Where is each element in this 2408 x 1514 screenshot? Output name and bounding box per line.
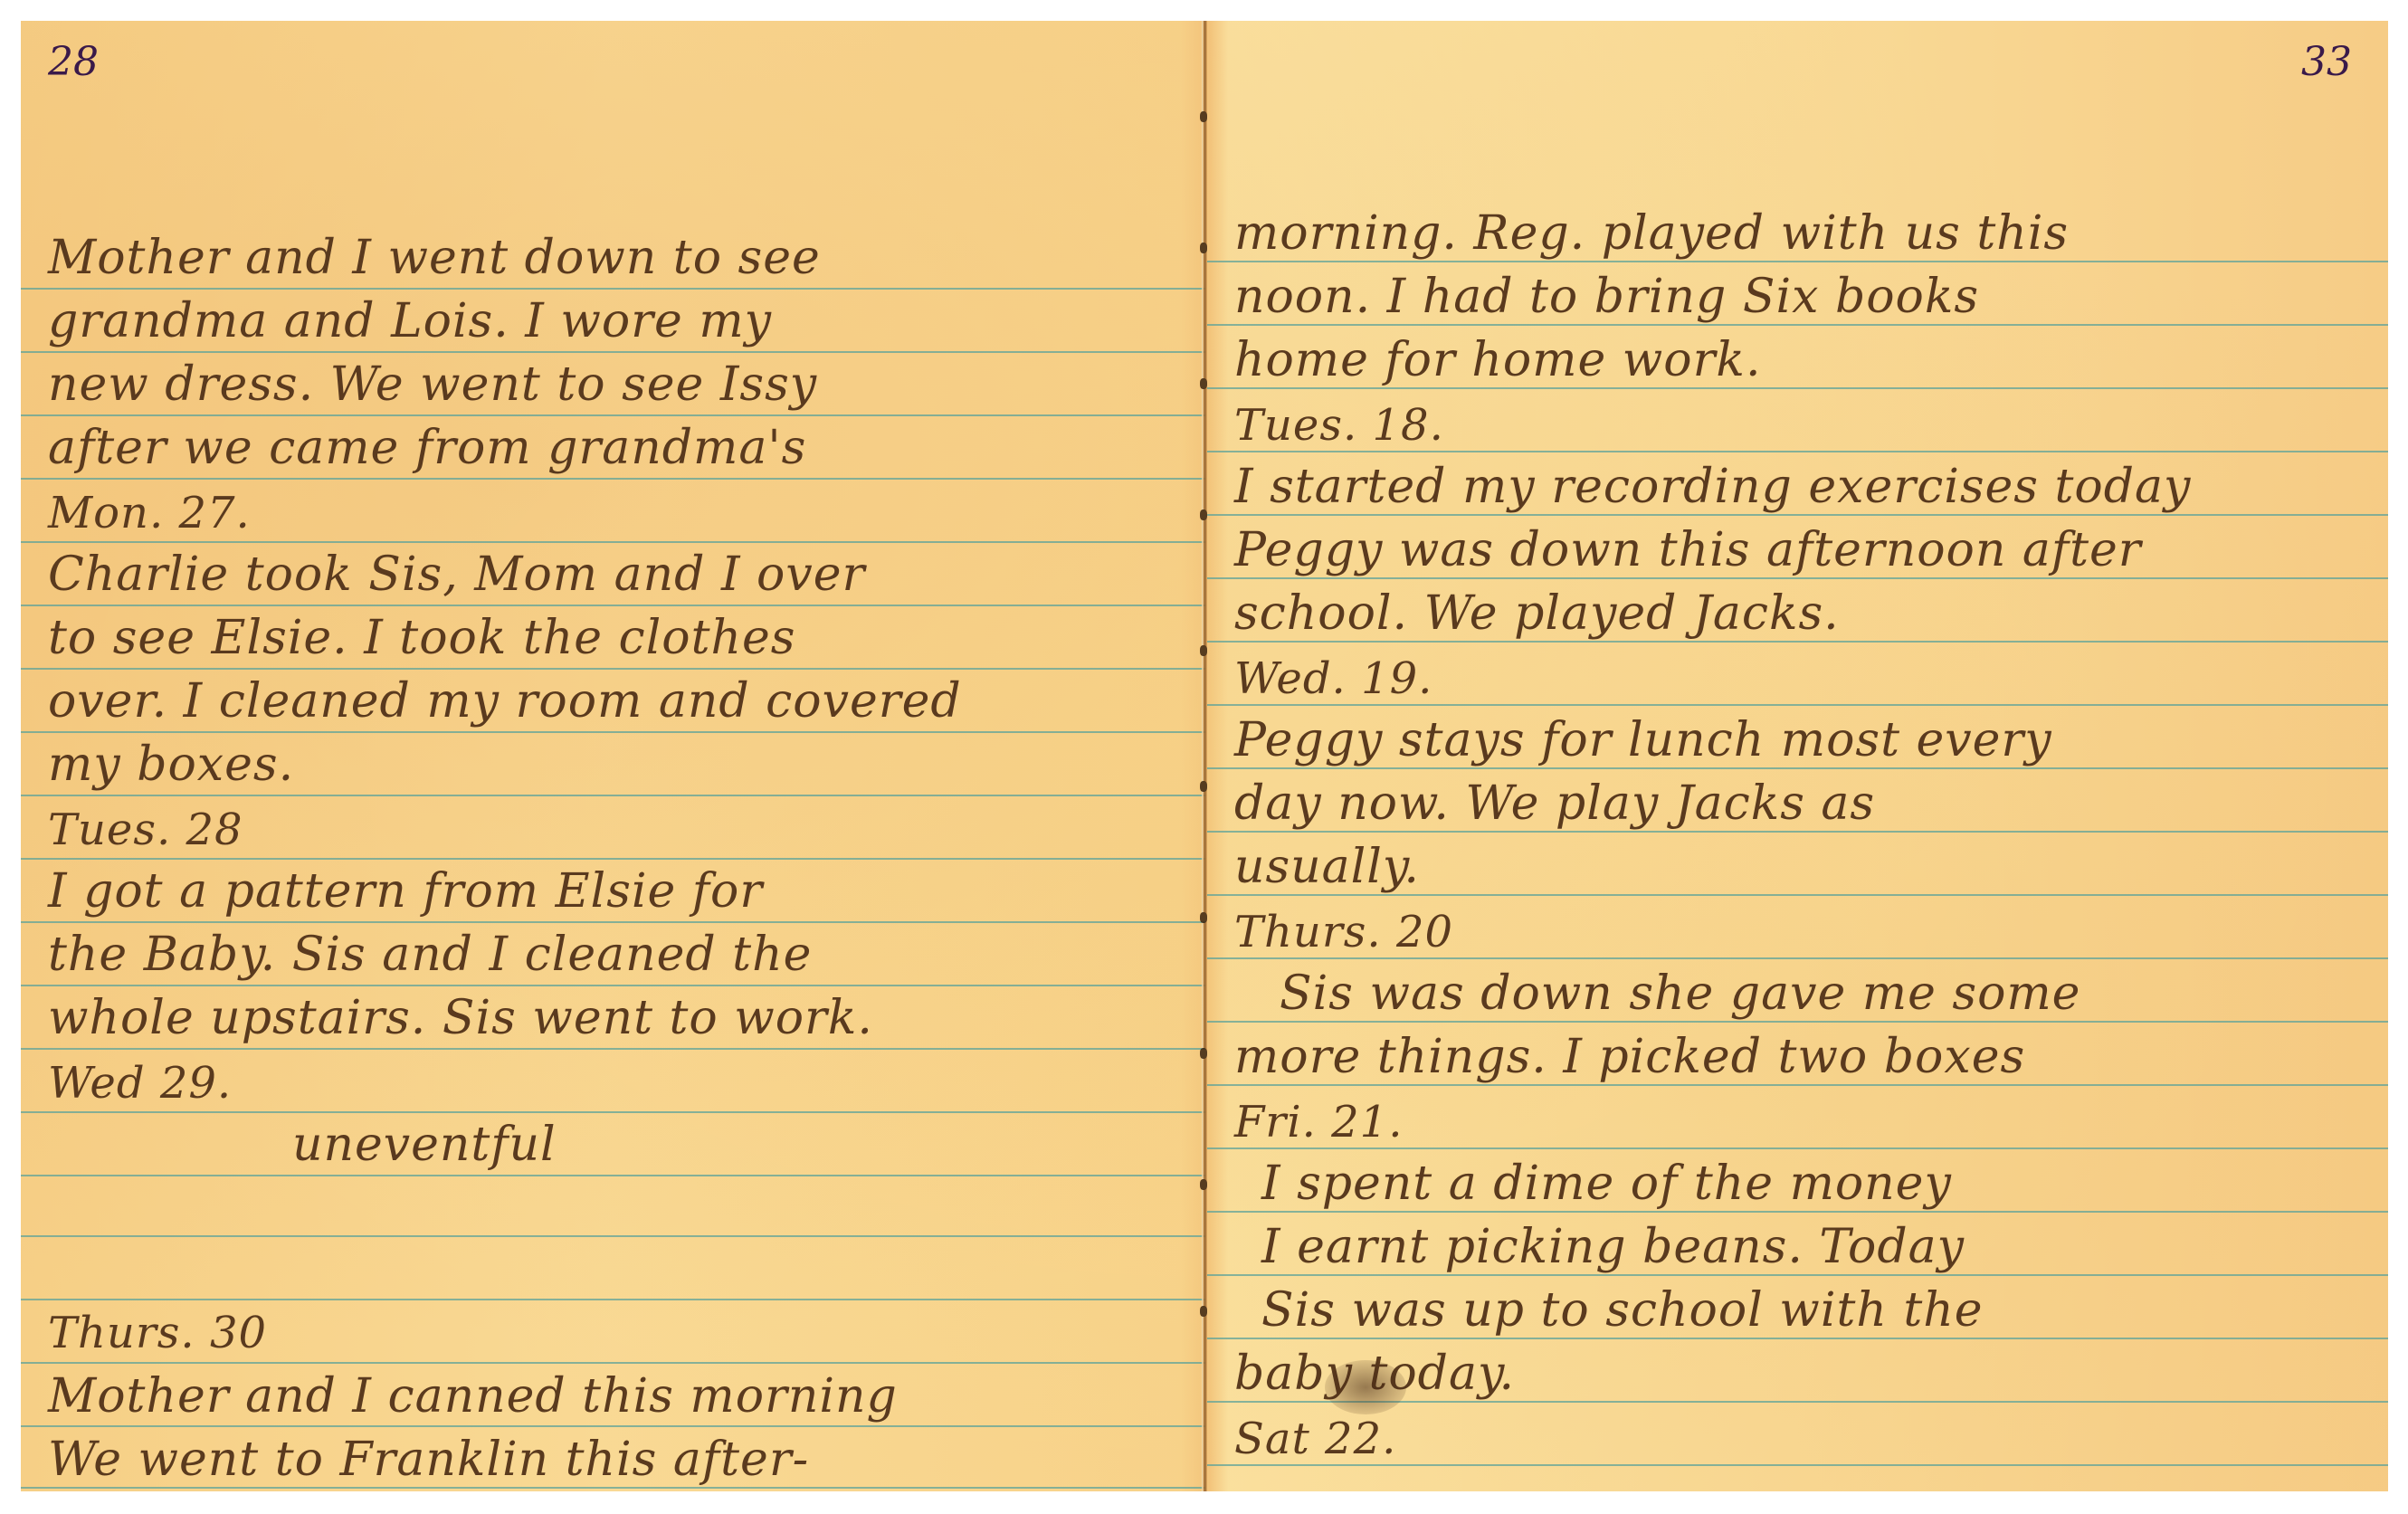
diary-line: home for home work.	[1234, 333, 1761, 387]
diary-date: Mon. 27.	[48, 486, 251, 540]
diary-line: noon. I had to bring Six books	[1234, 270, 1979, 324]
ruled-line	[21, 1425, 1205, 1427]
ruled-line	[1207, 577, 2388, 579]
diary-line: day now. We play Jacks as	[1234, 776, 1875, 831]
staple-hole	[1200, 912, 1207, 923]
ruled-line	[21, 668, 1205, 670]
ruled-line	[21, 1362, 1205, 1364]
diary-line: to see Elsie. I took the clothes	[48, 611, 795, 665]
ruled-line	[1207, 324, 2388, 326]
diary-line: Charlie took Sis, Mom and I over	[48, 548, 865, 602]
diary-date: Tues. 28	[48, 803, 243, 857]
diary-line: Mother and I went down to see	[48, 231, 821, 285]
ruled-line	[21, 541, 1205, 543]
ruled-line	[1207, 1274, 2388, 1276]
diary-date: Tues. 18.	[1234, 398, 1444, 452]
staple-hole	[1200, 111, 1207, 122]
diary-spread: 28 Mother and I went down to see grandma…	[21, 21, 2388, 1491]
diary-line: more things. I picked two boxes	[1234, 1030, 2025, 1084]
ruled-line	[1207, 1084, 2388, 1086]
diary-line: over. I cleaned my room and covered	[48, 674, 962, 728]
ruled-line	[21, 1487, 1205, 1489]
ruled-line	[1207, 894, 2388, 896]
ruled-line	[1207, 387, 2388, 389]
diary-line: I spent a dime of the money	[1261, 1157, 1952, 1211]
ruled-line	[21, 1111, 1205, 1113]
ruled-line	[21, 921, 1205, 923]
diary-date: Thurs. 20	[1234, 905, 1453, 959]
ruled-line	[1207, 641, 2388, 643]
diary-line: morning. Reg. played with us this	[1234, 206, 2069, 261]
diary-line: usually.	[1234, 840, 1420, 894]
ruled-line	[21, 1299, 1205, 1300]
diary-line: We went to Franklin this after-	[48, 1433, 809, 1487]
ruled-line	[21, 414, 1205, 416]
diary-line: uneventful	[292, 1118, 557, 1172]
ruled-line	[21, 1048, 1205, 1050]
diary-line: Sis was down she gave me some	[1280, 966, 2080, 1021]
ruled-line	[21, 288, 1205, 290]
ruled-line	[21, 985, 1205, 986]
diary-line: I got a pattern from Elsie for	[48, 864, 763, 919]
page-number-left: 28	[48, 39, 99, 85]
diary-line: Peggy was down this afternoon after	[1234, 523, 2142, 577]
ruled-line	[1207, 1021, 2388, 1023]
ruled-line	[21, 731, 1205, 733]
diary-line: after we came from grandma's	[48, 421, 806, 475]
staple-hole	[1200, 781, 1207, 792]
diary-date: Wed 29.	[48, 1056, 232, 1110]
scribbled-out-ink	[1325, 1360, 1406, 1414]
diary-date: Thurs. 30	[48, 1306, 267, 1360]
ruled-line	[21, 1235, 1205, 1237]
right-page: 33 morning. Reg. played with us this noo…	[1207, 21, 2388, 1491]
diary-line: my boxes.	[48, 738, 294, 792]
diary-line: I earnt picking beans. Today	[1261, 1220, 1965, 1274]
ruled-line	[1207, 767, 2388, 769]
diary-line: new dress. We went to see Issy	[48, 357, 817, 412]
ruled-line	[1207, 514, 2388, 516]
staple-hole	[1200, 1179, 1207, 1190]
diary-date: Fri. 21.	[1234, 1095, 1403, 1149]
diary-line: whole upstairs. Sis went to work.	[48, 991, 873, 1045]
diary-line: Sis was up to school with the	[1261, 1283, 1984, 1338]
ruled-line	[21, 858, 1205, 860]
ruled-line	[1207, 261, 2388, 262]
diary-line: school. We played Jacks.	[1234, 586, 1840, 641]
left-page: 28 Mother and I went down to see grandma…	[21, 21, 1205, 1491]
staple-hole	[1200, 645, 1207, 656]
ruled-line	[21, 795, 1205, 796]
ruled-line	[1207, 1211, 2388, 1213]
diary-line: the Baby. Sis and I cleaned the	[48, 928, 812, 982]
staple-hole	[1200, 1306, 1207, 1317]
diary-line: Mother and I canned this morning	[48, 1369, 898, 1424]
ruled-line	[1207, 1338, 2388, 1339]
staple-hole	[1200, 243, 1207, 253]
ruled-line	[21, 478, 1205, 480]
staple-hole	[1200, 378, 1207, 389]
staple-hole	[1200, 509, 1207, 520]
staple-hole	[1200, 1048, 1207, 1059]
diary-date: Wed. 19.	[1234, 652, 1432, 706]
ruled-line	[21, 351, 1205, 353]
ruled-line	[21, 605, 1205, 606]
page-number-right: 33	[2301, 39, 2352, 85]
ruled-line	[1207, 831, 2388, 833]
diary-line: I started my recording exercises today	[1234, 460, 2191, 514]
diary-line: grandma and Lois. I wore my	[48, 294, 772, 348]
diary-line: Peggy stays for lunch most every	[1234, 713, 2052, 767]
diary-date: Sat 22.	[1234, 1412, 1396, 1466]
ruled-line	[21, 1175, 1205, 1176]
